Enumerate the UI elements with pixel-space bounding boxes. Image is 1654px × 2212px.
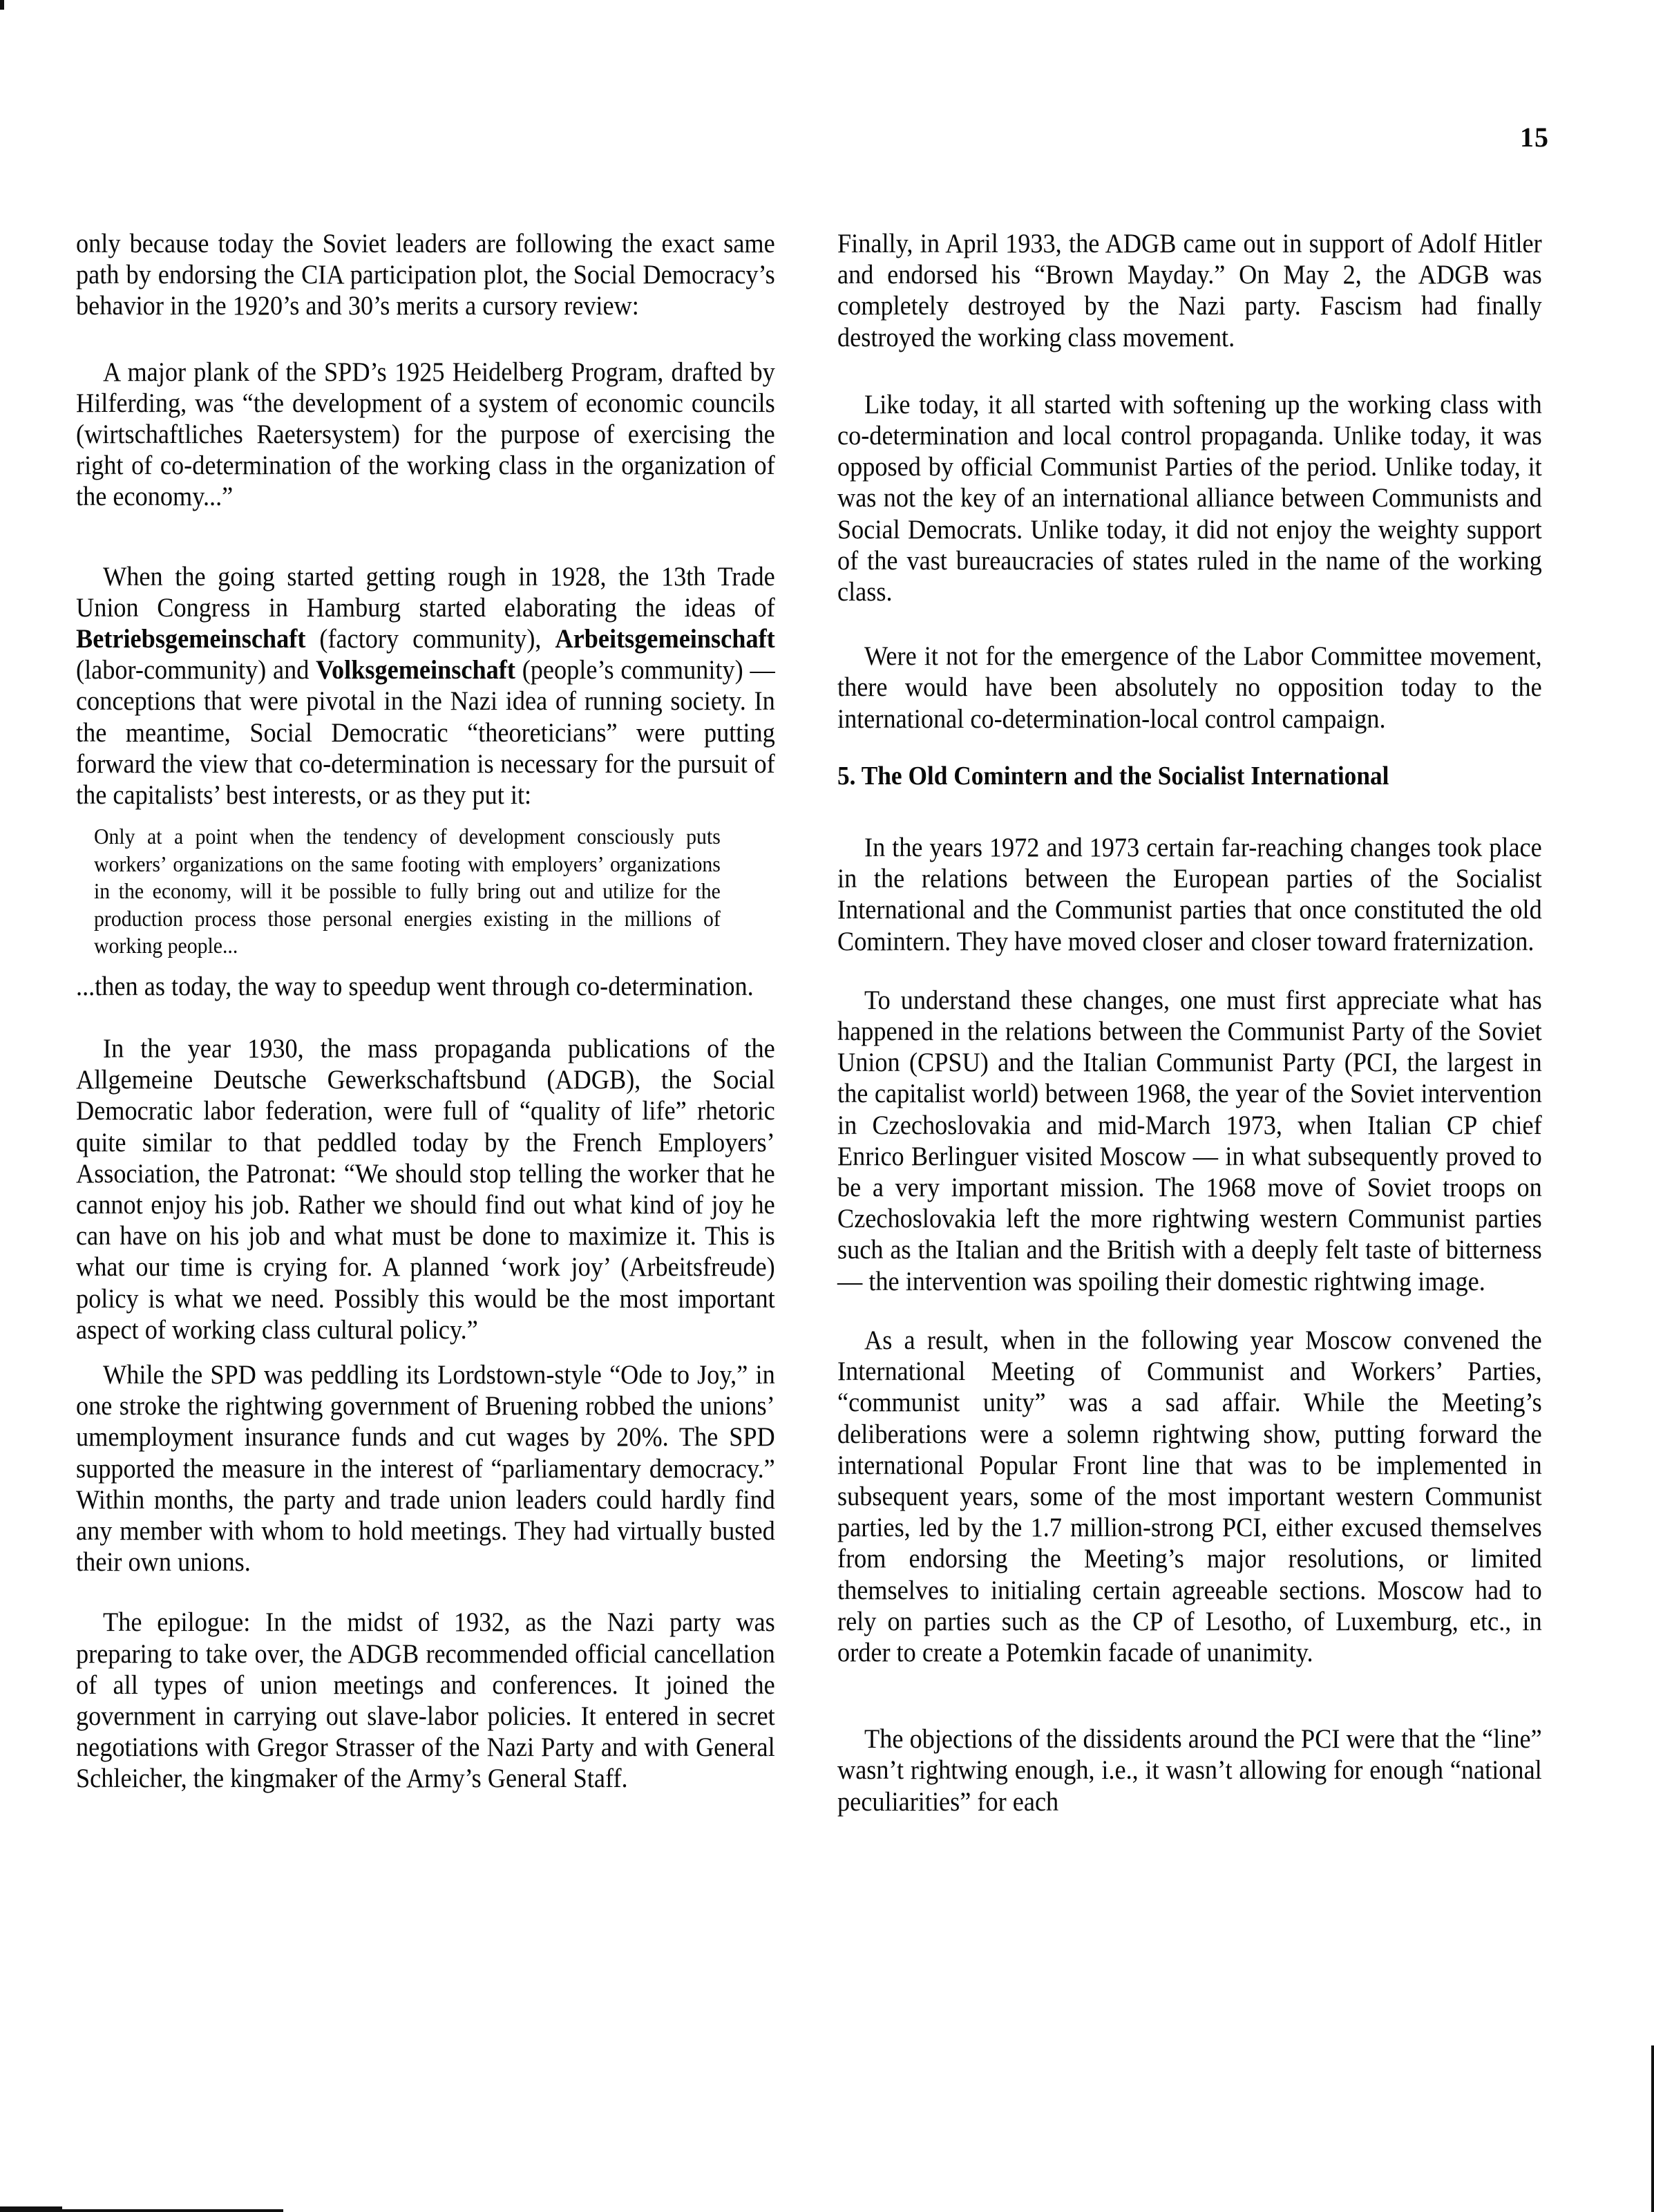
section-heading: 5. The Old Comintern and the Socialist I… — [837, 761, 1542, 792]
paragraph: The epilogue: In the midst of 1932, as t… — [76, 1607, 775, 1794]
text-run: (labor-community) and — [76, 655, 316, 685]
right-column: Finally, in April 1933, the ADGB came ou… — [837, 228, 1542, 1849]
paragraph: In the year 1930, the mass propaganda pu… — [76, 1033, 775, 1345]
left-column: only because today the Soviet leaders ar… — [76, 228, 775, 1826]
scan-edge-bottom — [0, 2206, 62, 2212]
paragraph: only because today the Soviet leaders ar… — [76, 228, 775, 322]
paragraph: In the years 1972 and 1973 certain far-r… — [837, 832, 1542, 957]
block-quote: Only at a point when the tendency of dev… — [94, 823, 721, 960]
text-run: When the going started getting rough in … — [76, 562, 775, 623]
paragraph: Like today, it all started with softenin… — [837, 389, 1542, 607]
bold-term: Volksgemeinschaft — [316, 655, 515, 685]
page-number: 15 — [1520, 121, 1549, 153]
paragraph: Were it not for the emergence of the Lab… — [837, 641, 1542, 735]
paragraph: When the going started getting rough in … — [76, 561, 775, 811]
paragraph: A major plank of the SPD’s 1925 Heidelbe… — [76, 357, 775, 513]
bold-term: Arbeitsgemeinschaft — [555, 624, 774, 654]
paragraph: To understand these changes, one must fi… — [837, 985, 1542, 1297]
paragraph: ...then as today, the way to speedup wen… — [76, 971, 775, 1002]
paragraph: As a result, when in the following year … — [837, 1325, 1542, 1668]
paragraph: Finally, in April 1933, the ADGB came ou… — [837, 228, 1542, 353]
scan-edge-bottom-thin — [62, 2209, 283, 2212]
paragraph: While the SPD was peddling its Lordstown… — [76, 1359, 775, 1578]
scan-edge-right — [1651, 2045, 1654, 2212]
bold-term: Betriebsgemeinschaft — [76, 624, 305, 654]
text-run: (factory community), — [305, 624, 555, 654]
scan-artifact-top — [0, 0, 4, 10]
paragraph: The objections of the dissidents around … — [837, 1723, 1542, 1817]
